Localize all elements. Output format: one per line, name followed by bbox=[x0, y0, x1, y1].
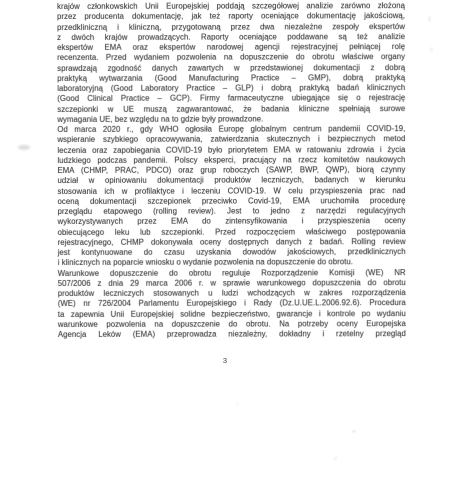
text-line: (Good Clinical Practice – GCP). Firmy fa… bbox=[57, 93, 405, 104]
text-line: (WE) nr 726/2004 Parlamentu Europejskieg… bbox=[58, 298, 406, 309]
text-line: szczepionki w UE muszą zagwarantować, że… bbox=[57, 104, 405, 115]
text-line: sprawdzają zgodność danych zawartych w p… bbox=[57, 63, 405, 74]
scan-smudge bbox=[428, 16, 431, 22]
scan-smudge bbox=[334, 457, 337, 460]
text-line: jest kontynuowane do czasu uzyskania dow… bbox=[58, 247, 406, 258]
text-line: obiecującego leku lub szczepionki. Przed… bbox=[58, 227, 406, 238]
text-line: ta zapewnia Unii Europejskiej solidne be… bbox=[58, 309, 406, 320]
scan-smudge bbox=[352, 430, 356, 433]
document-text-block: krajów członkowskich Unii Europejskiej p… bbox=[57, 1, 406, 340]
scan-smudge bbox=[18, 145, 30, 150]
text-line: recenzenta. Przed wydaniem pozwolenia na… bbox=[57, 52, 405, 63]
scanned-document-page: krajów członkowskich Unii Europejskiej p… bbox=[0, 0, 450, 500]
scan-smudge bbox=[430, 47, 433, 52]
text-line: przez producenta dokumentację, jak też r… bbox=[57, 11, 405, 22]
text-line: wykorzystywanych przez EMA do zintensyfi… bbox=[58, 216, 406, 227]
text-line: przedkliniczną i kliniczną, przygotowaną… bbox=[57, 22, 405, 33]
text-line: udział w opiniowaniu dokumentacji produk… bbox=[57, 175, 405, 186]
text-line: wspieranie szybkiego opracowywania, zatw… bbox=[57, 134, 405, 145]
scan-smudge bbox=[236, 403, 239, 405]
text-line: Warunkowe dopuszczenie do obrotu reguluj… bbox=[58, 268, 406, 279]
text-line: Agencja Leków (EMA) przeprowadza niezale… bbox=[58, 329, 406, 340]
text-line: stosowania ich w profilaktyce i leczeniu… bbox=[57, 186, 405, 197]
page-number: 3 bbox=[0, 356, 450, 365]
text-line: leczenia oraz zapobiegania COVID-19 było… bbox=[57, 145, 405, 156]
